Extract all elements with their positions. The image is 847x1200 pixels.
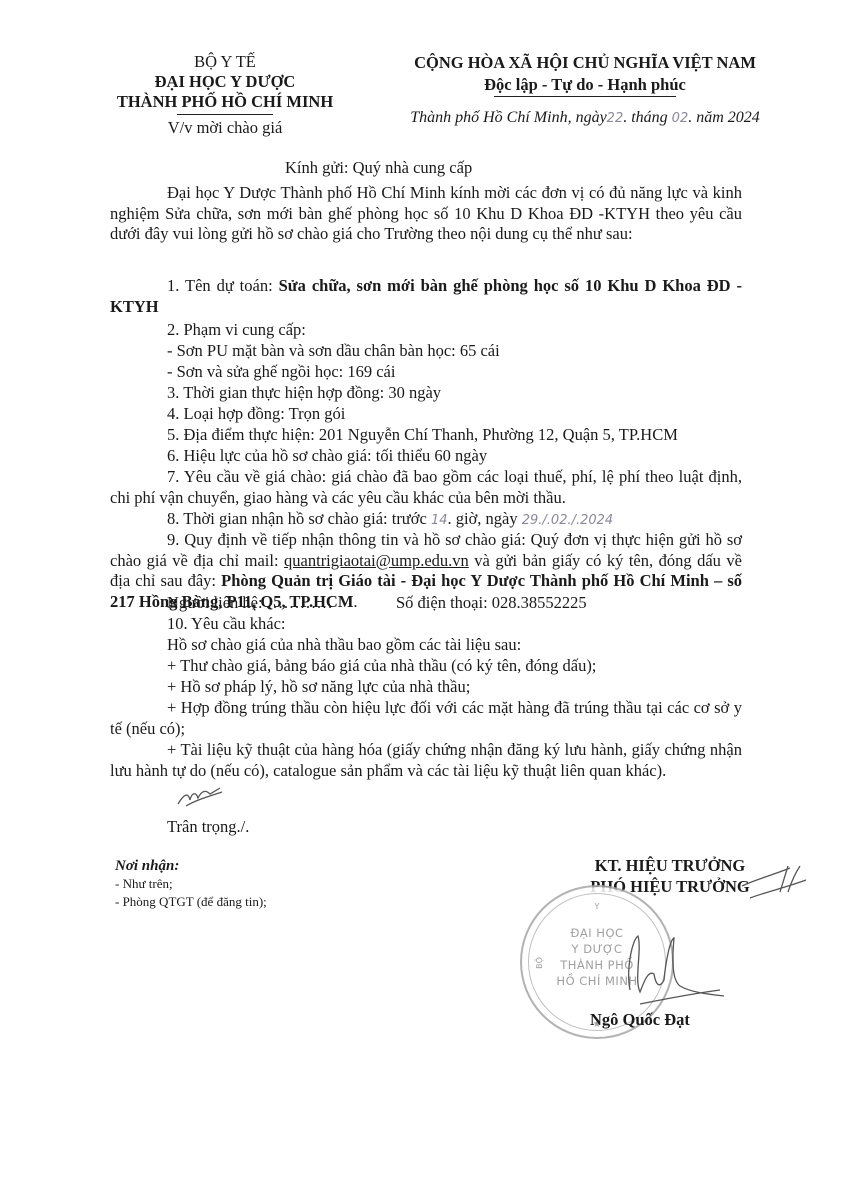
recipient-item: - Phòng QTGT (để đăng tin); [115,893,395,911]
date-month-label: tháng [631,109,667,126]
item-1: 1. Tên dự toán: Sửa chữa, sơn mới bàn gh… [110,276,742,317]
document-subject: V/v mời chào giá [115,118,335,138]
item-10-bullet-2: + Hồ sơ pháp lý, hồ sơ năng lực của nhà … [167,677,470,698]
item-10-bullet-3: + Hợp đồng trúng thầu còn hiệu lực đối v… [110,698,742,739]
national-motto: Độc lập - Tự do - Hạnh phúc [484,74,686,96]
stamp-top-text: Y [522,899,672,915]
item-2-scope-chairs: - Sơn và sửa ghế ngồi học: 169 cái [167,362,395,383]
item-8-prefix: 8. Thời gian nhận hồ sơ chào giá: trước [167,509,431,528]
item-8: 8. Thời gian nhận hồ sơ chào giá: trước … [167,509,613,532]
recipients-block: Nơi nhận: - Như trên; - Phòng QTGT (để đ… [115,857,395,911]
item-3: 3. Thời gian thực hiện hợp đồng: 30 ngày [167,383,441,404]
national-header: CỘNG HÒA XÃ HỘI CHỦ NGHĨA VIỆT NAM Độc l… [355,52,815,130]
item-5: 5. Địa điểm thực hiện: 201 Nguyễn Chí Th… [167,425,678,446]
motto-underline [494,96,676,97]
intro-paragraph: Đại học Y Dược Thành phố Hồ Chí Minh kín… [110,183,742,245]
university-name-line1: ĐẠI HỌC Y DƯỢC [115,72,335,92]
item-10-bullet-4: + Tài liệu kỹ thuật của hàng hóa (giấy c… [110,740,742,781]
contact-phone: Số điện thoại: 028.38552225 [396,593,587,614]
greeting: Kính gửi: Quý nhà cung cấp [285,158,472,178]
stamp-side-text: BỘ [532,957,548,969]
item-2: 2. Phạm vi cung cấp: [167,320,306,341]
signer-name: Ngô Quốc Đạt [590,1010,690,1030]
item-9-end: . [353,592,357,611]
closing: Trân trọng./. [167,817,249,838]
contact-person: Người liên hệ: ………… [167,593,333,614]
item-4: 4. Loại hợp đồng: Trọn gói [167,404,345,425]
recipients-label: Nơi nhận: [115,857,395,875]
date-year: năm 2024 [696,109,760,126]
date-prefix: Thành phố Hồ Chí Minh, ngày [410,109,606,126]
nation-title: CỘNG HÒA XÃ HỘI CHỦ NGHĨA VIỆT NAM [355,52,815,74]
handwritten-day: 22 [607,111,624,126]
item-1-label: 1. Tên dự toán: [167,276,279,295]
contact-email-link[interactable]: quantrigiaotai@ump.edu.vn [284,551,469,570]
signer-signature-icon [620,930,730,1010]
item-10: 10. Yêu cầu khác: [167,614,286,635]
ministry-name: BỘ Y TẾ [115,52,335,72]
header-divider [177,114,273,115]
initials-signature-icon [176,786,226,810]
item-8-mid: . giờ, ngày [447,509,521,528]
item-2-scope-tables: - Sơn PU mặt bàn và sơn dầu chân bàn học… [167,341,500,362]
handwritten-hour: 14 [431,513,448,528]
university-name-line2: THÀNH PHỐ HỒ CHÍ MINH [115,92,335,112]
motto-wrap: Độc lập - Tự do - Hạnh phúc [484,74,686,97]
item-10-bullet-1: + Thư chào giá, bảng báo giá của nhà thầ… [167,656,596,677]
item-6: 6. Hiệu lực của hồ sơ chào giá: tối thiể… [167,446,487,467]
recipient-item: - Như trên; [115,875,395,893]
issuer-header: BỘ Y TẾ ĐẠI HỌC Y DƯỢC THÀNH PHỐ HỒ CHÍ … [115,52,335,138]
handwritten-deadline-date: 29./.02./.2024 [522,513,613,528]
item-10-intro: Hồ sơ chào giá của nhà thầu bao gồm các … [167,635,521,656]
document-dateline: Thành phố Hồ Chí Minh, ngày22. tháng 02.… [355,107,815,130]
handwritten-month: 02 [672,111,689,126]
title-signature-icon [740,862,810,912]
item-7: 7. Yêu cầu về giá chào: giá chào đã bao … [110,467,742,508]
